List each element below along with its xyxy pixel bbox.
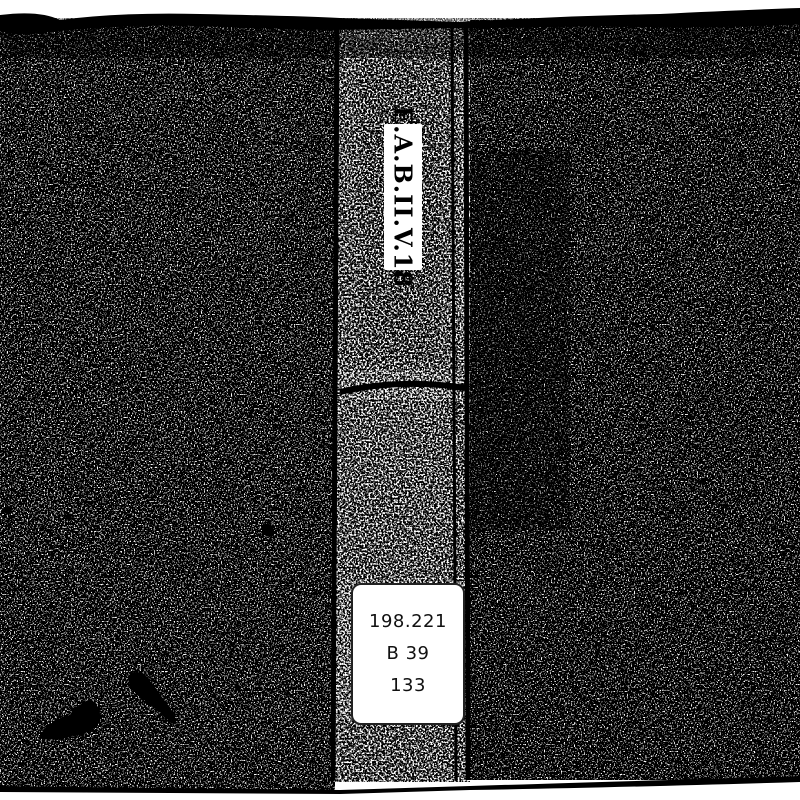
shelfmark-classification: 198.221 [369,611,447,633]
spine-label-top: E.A.B.II.V.18 [384,124,422,270]
shelfmark-volume: 133 [390,675,426,697]
shelfmark-cutter: B 39 [387,643,430,665]
cover-left [0,20,335,790]
shelfmark-label: 198.221 B 39 133 [351,583,465,725]
spine-label-text: E.A.B.II.V.18 [389,106,418,288]
